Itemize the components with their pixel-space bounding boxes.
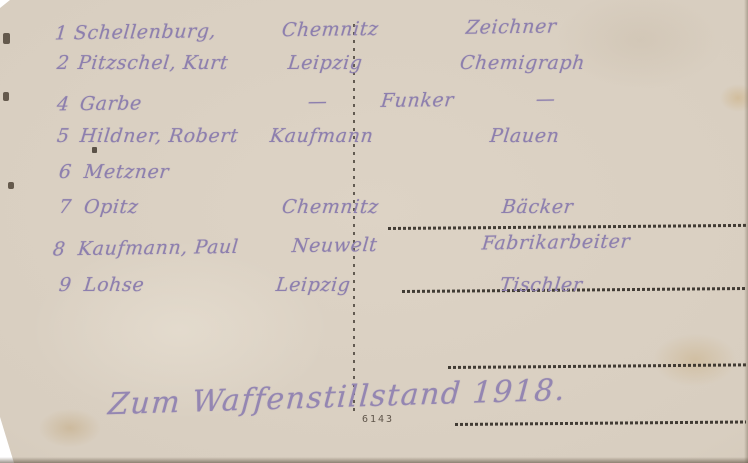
entry-occupation: Funker	[380, 89, 455, 112]
serial-number: 6143	[362, 414, 394, 425]
entry-occupation: Chemigraph	[459, 52, 586, 74]
edge-mark	[3, 33, 10, 44]
entry-number: 5	[56, 125, 71, 147]
entry-city: Plauen	[489, 125, 561, 147]
postcard-back: 1 Schellenburg, Chemnitz Zeichner 2 Pitz…	[0, 0, 748, 463]
entry-city: Leipzig	[287, 52, 364, 74]
entry-dash-right: —	[535, 88, 557, 110]
entry-name: Lohse	[83, 274, 146, 296]
entry-occupation: Kaufmann	[269, 125, 375, 147]
card-edge-shadow	[744, 0, 748, 463]
entry-name: Garbe	[79, 92, 143, 115]
entry-occupation: Bäcker	[501, 196, 575, 218]
card-edge-shadow	[0, 457, 748, 463]
entry-number: 8	[52, 238, 67, 260]
entry-number: 6	[58, 161, 73, 183]
address-line-3	[448, 363, 746, 369]
edge-mark	[8, 182, 14, 189]
entry-occupation: Zeichner	[465, 15, 558, 38]
entry-name: Pitzschel, Kurt	[77, 52, 230, 74]
entry-number: 7	[58, 196, 73, 218]
address-line-4	[455, 420, 746, 426]
entry-name: Kaufmann, Paul	[77, 236, 240, 260]
edge-mark	[3, 92, 9, 101]
entry-number: 1	[54, 22, 69, 44]
corner-cutoff	[0, 0, 10, 8]
paper-speck	[92, 147, 97, 153]
entry-occupation: Fabrikarbeiter	[481, 230, 631, 254]
register-row: 4 Garbe — Funker —	[0, 86, 748, 130]
entry-city: Chemnitz	[281, 18, 380, 41]
entry-name: Metzner	[83, 161, 170, 183]
entry-name: Schellenburg,	[73, 20, 217, 44]
entry-name: Opitz	[83, 196, 140, 218]
register-row: 7 Opitz Chemnitz Bäcker	[0, 196, 748, 232]
register-row: 2 Pitzschel, Kurt Leipzig Chemigraph	[0, 52, 748, 88]
entry-city: Neuwelt	[291, 234, 379, 257]
register-row: 8 Kaufmann, Paul Neuwelt Fabrikarbeiter	[0, 229, 748, 275]
caption-text: Zum Waffenstillstand 1918.	[107, 373, 567, 422]
entry-name: Hildner, Robert	[79, 125, 240, 147]
entry-city: Chemnitz	[281, 196, 380, 218]
entry-occupation: Tischler	[499, 274, 584, 296]
register-row: 9 Lohse Leipzig Tischler	[0, 274, 748, 310]
entry-number: 2	[56, 52, 71, 74]
register-row: 5 Hildner, Robert Kaufmann Plauen	[0, 125, 748, 161]
register-row: 6 Metzner	[0, 161, 748, 197]
entry-number: 4	[56, 93, 71, 115]
entry-number: 9	[58, 274, 73, 296]
entry-city: Leipzig	[275, 274, 352, 296]
entry-dash-left: —	[307, 90, 329, 112]
